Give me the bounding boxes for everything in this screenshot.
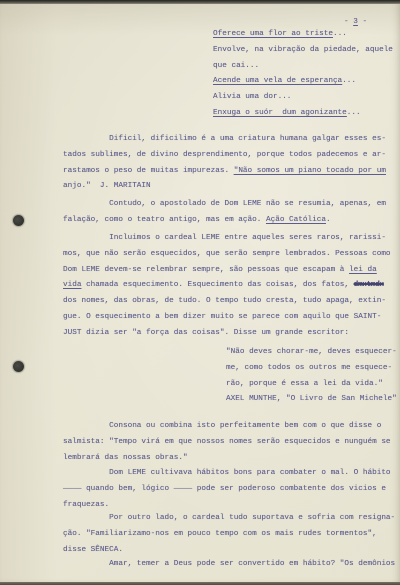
text-segment: AXEL MUNTHE, "O Livro de San Michele" [226, 395, 397, 403]
text-line: anjo." J. MARITAIN [63, 179, 386, 195]
text-segment: "Não deves chorar-me, deves esquecer- [226, 348, 397, 356]
text-line: salmista: "Tempo virá em que nossos nome… [63, 435, 391, 451]
text-line: gue. O esquecimento a bem dizer muito se… [63, 310, 391, 326]
text-line: rastamos o peso de muitas impurezas. "Nã… [63, 164, 386, 180]
paragraph-contudo: Contudo, o apostolado de Dom LEME não se… [63, 197, 386, 229]
text-line: me, como todos os outros me esquece- [226, 361, 397, 377]
text-segment: me, como todos os outros me esquece- [226, 364, 392, 372]
text-line: rão, porque é essa a lei da vida." [226, 377, 397, 393]
underlined-text: Oferece uma flor ao triste [213, 30, 333, 38]
underlined-text: lei da [349, 266, 377, 274]
text-line: falação, como o teatro antigo, mas em aç… [63, 213, 386, 229]
text-line: lembrará das nossas obras." [63, 451, 391, 467]
text-segment: rastamos o peso de muitas impurezas. [63, 167, 234, 175]
text-line: AXEL MUNTHE, "O Livro de San Michele" [226, 392, 397, 408]
text-line: que cai... [213, 59, 393, 75]
paragraph-maritain: Dificil, dificilimo é a uma criatura hum… [63, 132, 386, 195]
text-segment: ———— quando bem, lógico ———— pode ser po… [63, 485, 386, 493]
text-segment: ... [347, 109, 361, 117]
underlined-text: vida [63, 281, 81, 289]
text-segment: - [344, 18, 353, 26]
text-segment: lembrará das nossas obras." [63, 454, 188, 462]
paragraph-seneca: Por outro lado, o cardeal tudo suportava… [63, 511, 395, 558]
underlined-text: "Não somos um piano tocado por um [234, 167, 386, 175]
text-line: Dom LEME cultivava hábitos bons para com… [63, 466, 391, 482]
text-segment: anjo." J. MARITAIN [63, 182, 151, 190]
text-segment: fraquezas. [63, 501, 109, 509]
text-segment: que cai... [213, 62, 259, 70]
text-line: Consona ou combina isto perfeitamente be… [63, 419, 391, 435]
text-segment: gue. O esquecimento a bem dizer muito se… [63, 313, 381, 321]
text-line: Enxuga o suór dum agonizante... [213, 106, 393, 122]
text-segment: Dom LEME cultivava hábitos bons para com… [63, 469, 391, 477]
text-segment: Por outro lado, o cardeal tudo suportava… [63, 514, 395, 522]
text-segment: Dom LEME devem-se relembrar sempre, são … [63, 266, 349, 274]
text-segment: dos nomes, das obras, de tudo. O tempo t… [63, 297, 386, 305]
text-line: Acende uma vela de esperança... [213, 74, 393, 90]
text-segment: Envolve, na vibração da piedade, aquele [213, 46, 393, 54]
text-segment: Consona ou combina isto perfeitamente be… [63, 422, 381, 430]
poem-block: Oferece uma flor ao triste...Envolve, na… [213, 27, 393, 122]
underlined-text: Acende uma vela de esperança [213, 77, 342, 85]
text-line: Por outro lado, o cardeal tudo suportava… [63, 511, 395, 527]
scan-edge-top [0, 0, 400, 4]
text-line: Dom LEME devem-se relembrar sempre, são … [63, 263, 391, 279]
text-segment: tados sublimes, de divino desprendimento… [63, 151, 386, 159]
text-line: dos nomes, das obras, de tudo. O tempo t… [63, 294, 391, 310]
text-line: vida chamada esquecimento. Esquecimento … [63, 278, 391, 294]
text-segment: falação, como o teatro antigo, mas em aç… [63, 216, 266, 224]
text-segment: Incluimos o cardeal LEME entre aqueles s… [63, 234, 386, 242]
text-segment: Alivia uma dor... [213, 93, 291, 101]
text-line: Oferece uma flor ao triste... [213, 27, 393, 43]
quote-axel-munthe: "Não deves chorar-me, deves esquecer-me,… [226, 345, 397, 408]
paragraph-incluimos: Incluimos o cardeal LEME entre aqueles s… [63, 231, 391, 342]
text-segment: Contudo, o apostolado de Dom LEME não se… [63, 200, 386, 208]
text-segment: ... [333, 30, 347, 38]
text-segment: Dificil, dificilimo é a uma criatura hum… [63, 135, 386, 143]
text-segment: mos, que não serão esquecidos, que serão… [63, 250, 391, 258]
text-line: Amar, temer a Deus pode ser convertido e… [63, 557, 395, 573]
text-line: "Não deves chorar-me, deves esquecer- [226, 345, 397, 361]
text-line: mos, que não serão esquecidos, que serão… [63, 247, 391, 263]
paragraph-habitos: Dom LEME cultivava hábitos bons para com… [63, 466, 391, 513]
text-line: ção. "Familiarizamo-nos em pouco tempo c… [63, 527, 395, 543]
text-segment: . [326, 216, 331, 224]
struck-out-text: dmxtmdx [354, 281, 384, 289]
text-segment: Amar, temer a Deus pode ser convertido e… [63, 560, 395, 568]
text-segment: chamada esquecimento. Esquecimento das c… [81, 281, 353, 289]
underlined-text: Enxuga o suór dum agonizante [213, 109, 347, 117]
text-line: Incluimos o cardeal LEME entre aqueles s… [63, 231, 391, 247]
text-segment: JUST dizia ser "a força das coisas". Dis… [63, 329, 349, 337]
paragraph-amar: Amar, temer a Deus pode ser convertido e… [63, 557, 395, 573]
text-segment: disse SÊNECA. [63, 546, 123, 554]
hole-punch [13, 215, 24, 226]
paragraph-consona: Consona ou combina isto perfeitamente be… [63, 419, 391, 466]
text-segment: salmista: "Tempo virá em que nossos nome… [63, 438, 391, 446]
text-line: JUST dizia ser "a força das coisas". Dis… [63, 326, 391, 342]
text-line: Envolve, na vibração da piedade, aquele [213, 43, 393, 59]
text-segment: - [358, 18, 367, 26]
text-segment: ção. "Familiarizamo-nos em pouco tempo c… [63, 530, 377, 538]
text-line: Contudo, o apostolado de Dom LEME não se… [63, 197, 386, 213]
text-line: ———— quando bem, lógico ———— pode ser po… [63, 482, 391, 498]
text-line: Alivia uma dor... [213, 90, 393, 106]
hole-punch [13, 361, 24, 372]
text-line: Dificil, dificilimo é a uma criatura hum… [63, 132, 386, 148]
text-segment: ... [342, 77, 356, 85]
text-segment: rão, porque é essa a lei da vida." [226, 380, 383, 388]
underlined-text: Ação Católica [266, 216, 326, 224]
text-line: tados sublimes, de divino desprendimento… [63, 148, 386, 164]
